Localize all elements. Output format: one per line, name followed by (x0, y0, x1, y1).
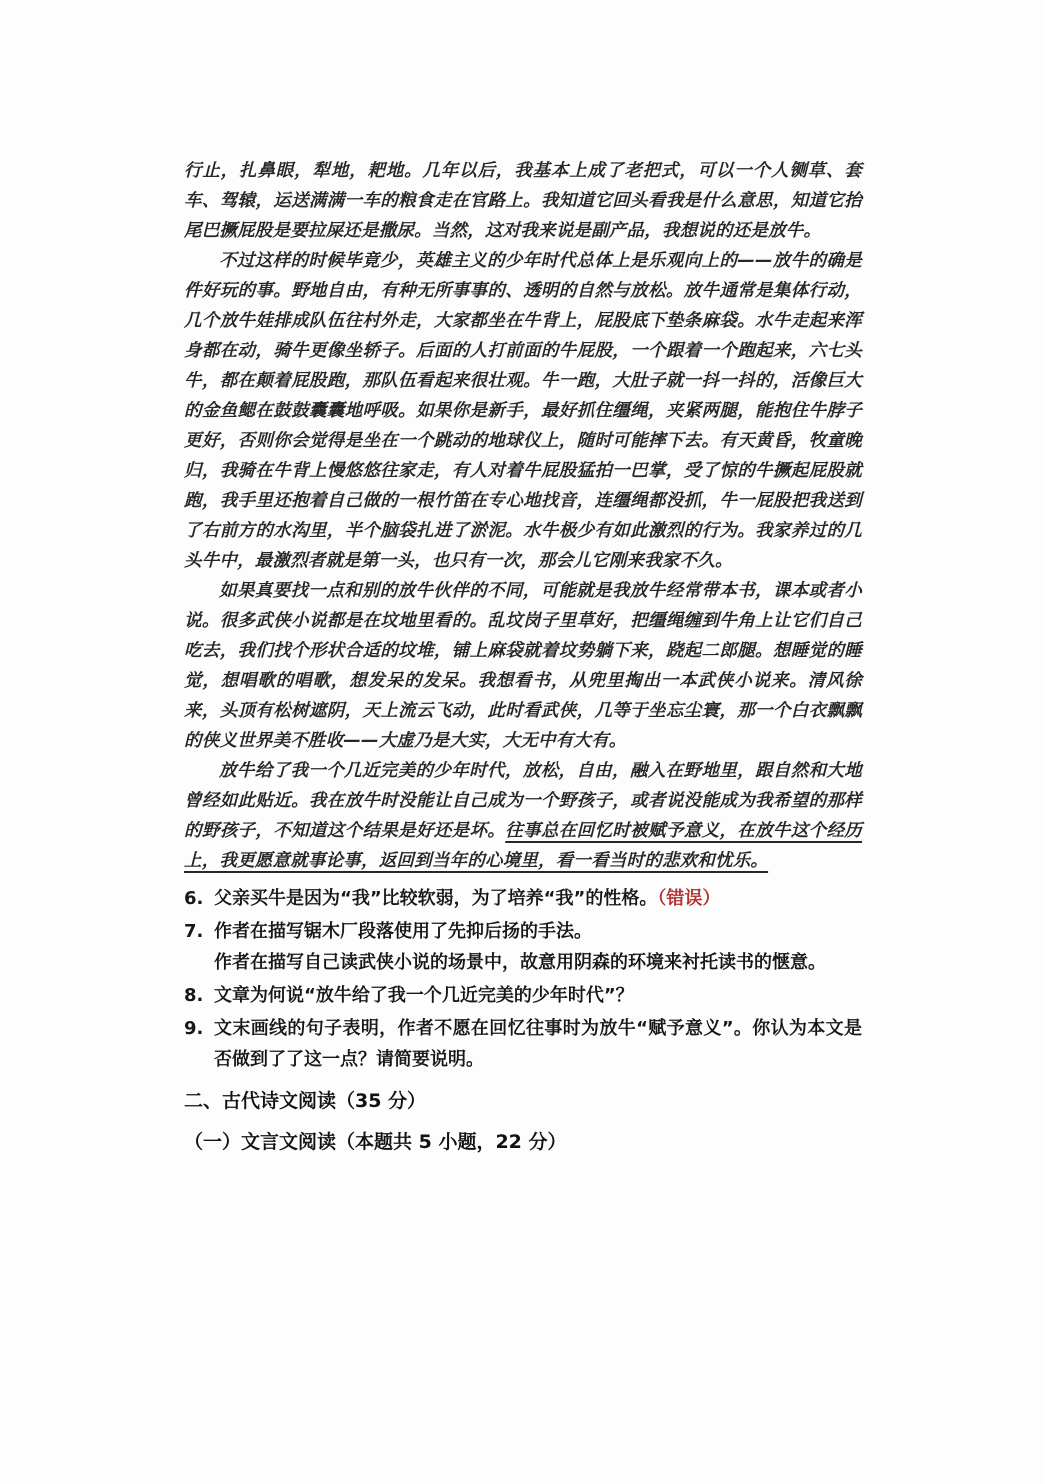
question-body: 作者在描写锯木厂段落使用了先抑后扬的手法。 作者在描写自己读武侠小说的场景中，故… (214, 916, 862, 978)
question-number: 8. (184, 980, 214, 1011)
question-item-8: 8. 文章为何说“放牛给了我一个几近完美的少年时代”？ (184, 980, 862, 1011)
exam-page: 行止，扎鼻眼，犁地，耙地。几年以后，我基本上成了老把式，可以一个人铡草、套车、驾… (0, 0, 1043, 1484)
question-text: 文章为何说“放牛给了我一个几近完美的少年时代”？ (214, 980, 862, 1011)
question-text: 文末画线的句子表明，作者不愿在回忆往事时为放牛“赋予意义”。你认为本文是否做到了… (214, 1013, 862, 1075)
question-text: 作者在描写锯木厂段落使用了先抑后扬的手法。 (214, 916, 862, 947)
answer-mark-wrong: （错误） (657, 888, 720, 909)
question-number: 6. (184, 883, 214, 914)
document-content: 行止，扎鼻眼，犁地，耙地。几年以后，我基本上成了老把式，可以一个人铡草、套车、驾… (184, 156, 862, 1157)
reading-passage: 行止，扎鼻眼，犁地，耙地。几年以后，我基本上成了老把式，可以一个人铡草、套车、驾… (184, 156, 862, 876)
question-number: 9. (184, 1013, 214, 1044)
question-number: 7. (184, 916, 214, 947)
question-list: 6. 父亲买牛是因为“我”比较软弱，为了培养“我”的性格。（错误） 7. 作者在… (184, 883, 862, 1157)
subsection-heading-1: （一）文言文阅读（本题共 5 小题，22 分） (184, 1127, 862, 1157)
passage-paragraph: 不过这样的时候毕竟少，英雄主义的少年时代总体上是乐观向上的——放牛的确是件好玩的… (184, 246, 862, 576)
question-text: 父亲买牛是因为“我”比较软弱，为了培养“我”的性格。 (214, 888, 657, 909)
passage-paragraph: 行止，扎鼻眼，犁地，耙地。几年以后，我基本上成了老把式，可以一个人铡草、套车、驾… (184, 156, 862, 246)
question-item-9: 9. 文末画线的句子表明，作者不愿在回忆往事时为放牛“赋予意义”。你认为本文是否… (184, 1013, 862, 1075)
question-body: 父亲买牛是因为“我”比较软弱，为了培养“我”的性格。（错误） (214, 883, 862, 914)
section-heading-2: 二、古代诗文阅读（35 分） (184, 1086, 862, 1116)
passage-paragraph: 放牛给了我一个几近完美的少年时代，放松，自由，融入在野地里，跟自然和大地曾经如此… (184, 756, 862, 876)
question-text-line2: 作者在描写自己读武侠小说的场景中，故意用阴森的环境来衬托读书的惬意。 (214, 947, 862, 978)
question-item-7: 7. 作者在描写锯木厂段落使用了先抑后扬的手法。 作者在描写自己读武侠小说的场景… (184, 916, 862, 978)
passage-paragraph: 如果真要找一点和别的放牛伙伴的不同，可能就是我放牛经常带本书，课本或者小说。很多… (184, 576, 862, 756)
question-item-6: 6. 父亲买牛是因为“我”比较软弱，为了培养“我”的性格。（错误） (184, 883, 862, 914)
